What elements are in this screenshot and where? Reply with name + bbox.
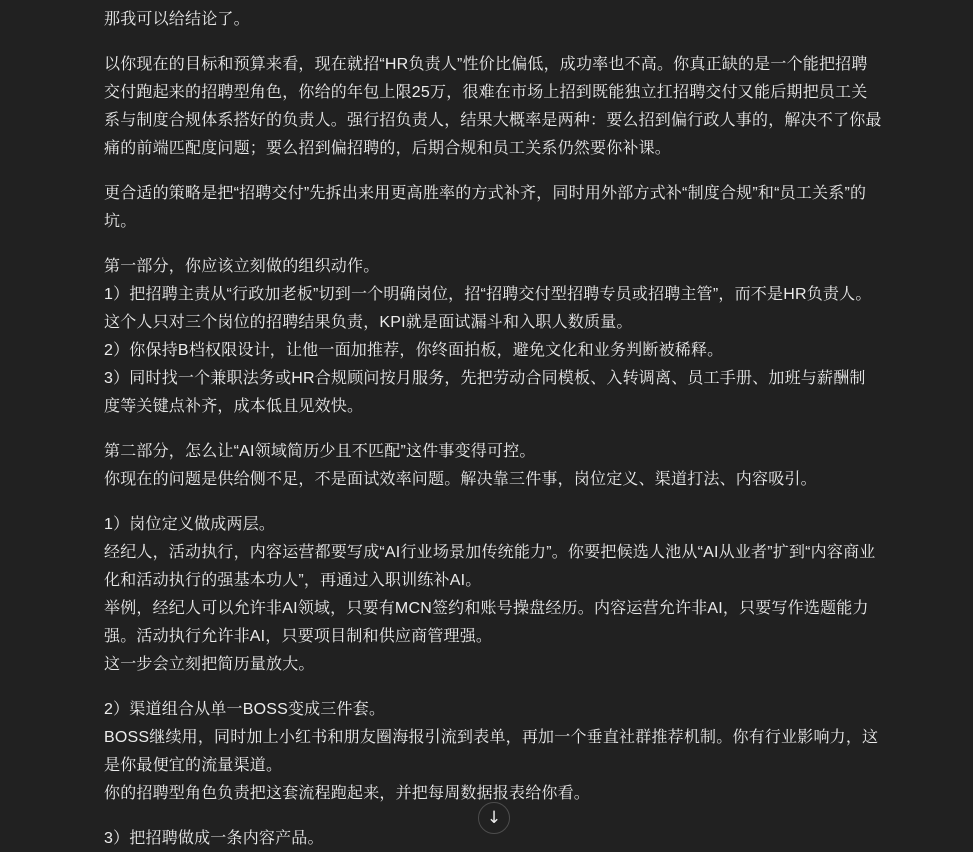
message-line: 系与制度合规体系搭好的负责人。强行招负责人，结果大概率是两种：要么招到偏行政人事… [104,107,872,135]
message-line: 那我可以给结论了。 [104,6,872,34]
message-paragraph: 第二部分，怎么让“AI领域简历少且不匹配”这件事变得可控。你现在的问题是供给侧不… [104,438,872,494]
message-paragraph: 1）岗位定义做成两层。经纪人，活动执行，内容运营都要写成“AI行业场景加传统能力… [104,511,872,679]
arrow-down-icon: ↓ [487,810,501,827]
scroll-to-bottom-button[interactable]: ↓ [478,802,510,834]
message-line: 经纪人，活动执行，内容运营都要写成“AI行业场景加传统能力”。你要把候选人池从“… [104,539,872,567]
message-line: 强。活动执行允许非AI，只要项目制和供应商管理强。 [104,623,872,651]
message-line: 2）你保持B档权限设计，让他一面加推荐，你终面拍板，避免文化和业务判断被稀释。 [104,337,872,365]
message-line: 坑。 [104,208,872,236]
message-line: 更合适的策略是把“招聘交付”先拆出来用更高胜率的方式补齐，同时用外部方式补“制度… [104,180,872,208]
message-line: 交付跑起来的招聘型角色，你给的年包上限25万，很难在市场上招到既能独立扛招聘交付… [104,79,872,107]
message-paragraph: 第一部分，你应该立刻做的组织动作。1）把招聘主责从“行政加老板”切到一个明确岗位… [104,253,872,421]
message-line: 1）把招聘主责从“行政加老板”切到一个明确岗位，招“招聘交付型招聘专员或招聘主管… [104,281,872,309]
message-paragraph: 那我可以给结论了。 [104,6,872,34]
message-line: 1）岗位定义做成两层。 [104,511,872,539]
message-line: 第一部分，你应该立刻做的组织动作。 [104,253,872,281]
message-line: BOSS继续用，同时加上小红书和朋友圈海报引流到表单，再加一个垂直社群推荐机制。… [104,724,872,752]
message-paragraph: 更合适的策略是把“招聘交付”先拆出来用更高胜率的方式补齐，同时用外部方式补“制度… [104,180,872,236]
message-paragraph: 2）渠道组合从单一BOSS变成三件套。BOSS继续用，同时加上小红书和朋友圈海报… [104,696,872,808]
message-line: 以你现在的目标和预算来看，现在就招“HR负责人”性价比偏低，成功率也不高。你真正… [104,51,872,79]
message-line: 3）同时找一个兼职法务或HR合规顾问按月服务，先把劳动合同模板、入转调离、员工手… [104,365,872,393]
message-line: 化和活动执行的强基本功人”，再通过入职训练补AI。 [104,567,872,595]
assistant-message: 那我可以给结论了。以你现在的目标和预算来看，现在就招“HR负责人”性价比偏低，成… [104,6,872,852]
message-line: 2）渠道组合从单一BOSS变成三件套。 [104,696,872,724]
message-line: 痛的前端匹配度问题；要么招到偏招聘的，后期合规和员工关系仍然要你补课。 [104,135,872,163]
message-line: 你现在的问题是供给侧不足，不是面试效率问题。解决靠三件事，岗位定义、渠道打法、内… [104,466,872,494]
message-line: 这个人只对三个岗位的招聘结果负责，KPI就是面试漏斗和入职人数质量。 [104,309,872,337]
message-paragraph: 以你现在的目标和预算来看，现在就招“HR负责人”性价比偏低，成功率也不高。你真正… [104,51,872,163]
message-line: 度等关键点补齐，成本低且见效快。 [104,393,872,421]
message-line: 这一步会立刻把简历量放大。 [104,651,872,679]
chat-area: 那我可以给结论了。以你现在的目标和预算来看，现在就招“HR负责人”性价比偏低，成… [0,0,973,852]
message-line: 是你最便宜的流量渠道。 [104,752,872,780]
message-line: 第二部分，怎么让“AI领域简历少且不匹配”这件事变得可控。 [104,438,872,466]
message-line: 举例，经纪人可以允许非AI领域，只要有MCN签约和账号操盘经历。内容运营允许非A… [104,595,872,623]
